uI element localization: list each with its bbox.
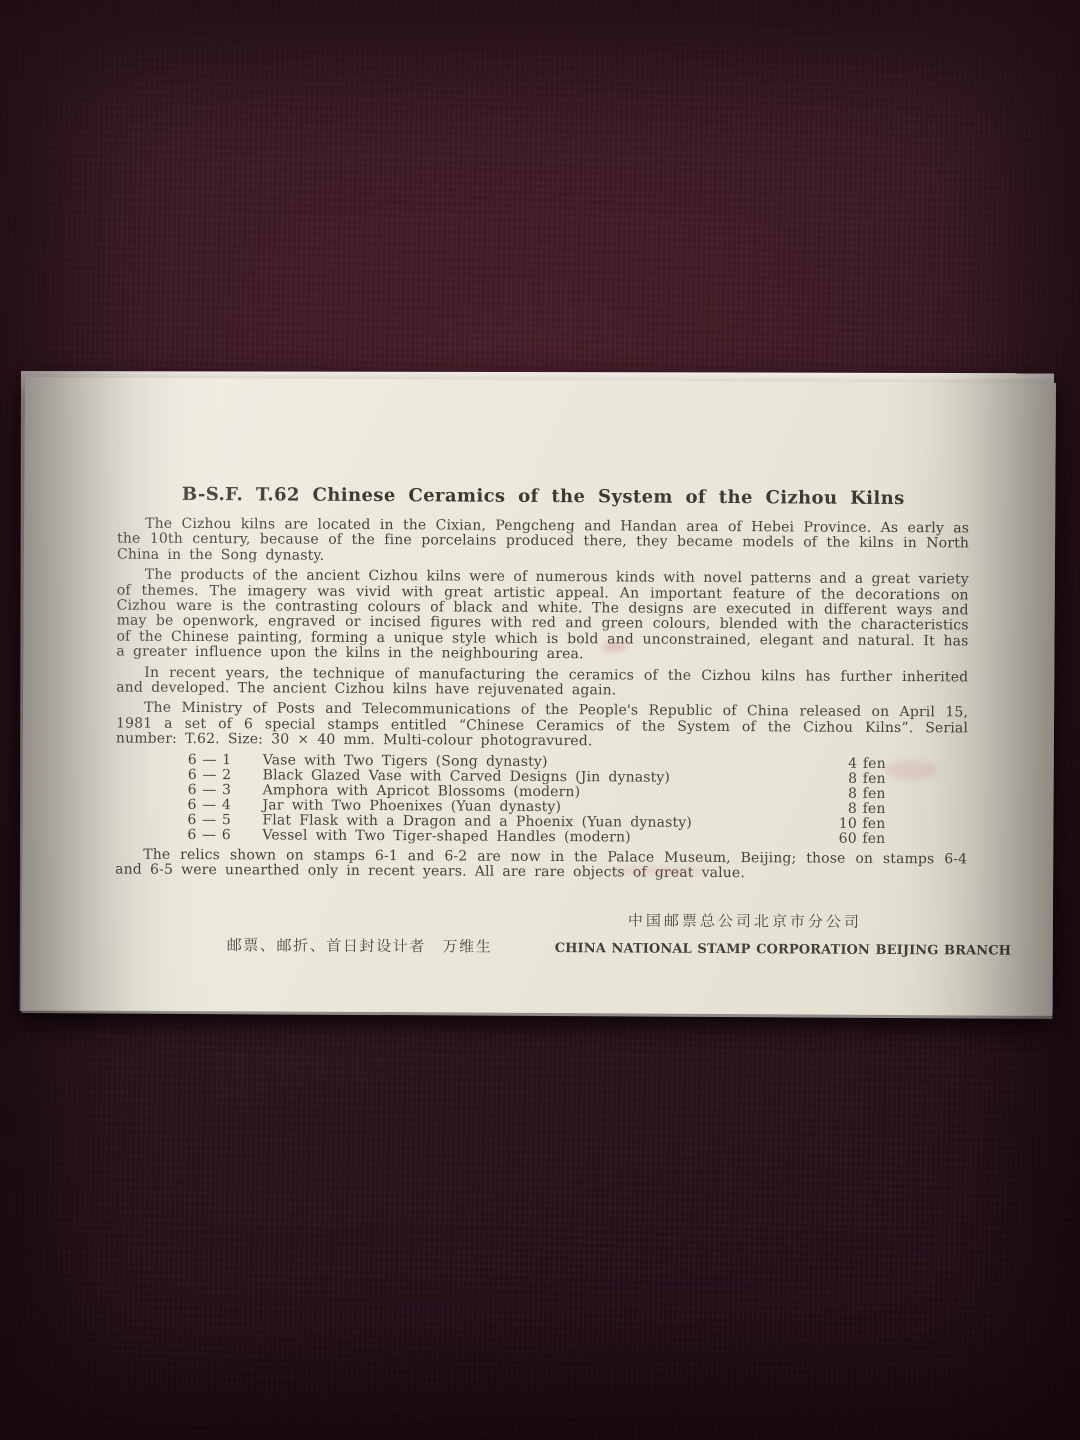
stamp-list: 6 — 1 Vase with Two Tigers (Song dynasty… bbox=[115, 752, 968, 847]
paragraph-recent-years: In recent years, the technique of manufa… bbox=[116, 665, 968, 701]
paragraph-relics: The relics shown on stamps 6-1 and 6-2 a… bbox=[115, 847, 967, 883]
stamp-row: 6 — 6 Vessel with Two Tiger-shaped Handl… bbox=[115, 827, 967, 847]
stamp-value: 60 fen bbox=[815, 831, 885, 846]
stamp-code: 6 — 4 bbox=[187, 798, 262, 813]
stamp-code: 6 — 2 bbox=[188, 768, 263, 783]
card-title: B-S.F. T.62 Chinese Ceramics of the Syst… bbox=[117, 484, 969, 510]
issuer-name-chinese: 中国邮票总公司北京市分公司 bbox=[555, 909, 935, 932]
issuer-block: 中国邮票总公司北京市分公司 CHINA NATIONAL STAMP CORPO… bbox=[555, 909, 935, 958]
stamp-value: 8 fen bbox=[816, 786, 886, 801]
stamp-value: 8 fen bbox=[816, 771, 886, 786]
paragraph-release-info: The Ministry of Posts and Telecommunicat… bbox=[116, 701, 968, 752]
stamp-code: 6 — 3 bbox=[188, 783, 263, 798]
issuer-name-english: CHINA NATIONAL STAMP CORPORATION BEIJING… bbox=[555, 941, 935, 958]
designer-credit: 邮票、邮折、首日封设计者 万维生 bbox=[227, 934, 493, 957]
stamp-value: 10 fen bbox=[815, 816, 885, 831]
photo-backdrop: B-S.F. T.62 Chinese Ceramics of the Syst… bbox=[0, 0, 1080, 1440]
card-footer: 邮票、邮折、首日封设计者 万维生 中国邮票总公司北京市分公司 CHINA NAT… bbox=[115, 906, 967, 981]
stamp-description: Vessel with Two Tiger-shaped Handles (mo… bbox=[262, 828, 815, 846]
stamp-value: 8 fen bbox=[815, 801, 885, 816]
stamp-info-card: B-S.F. T.62 Chinese Ceramics of the Syst… bbox=[21, 377, 1056, 1016]
stamp-code: 6 — 6 bbox=[187, 828, 262, 843]
stamp-code: 6 — 5 bbox=[187, 813, 262, 828]
paragraph-products: The products of the ancient Cizhou kilns… bbox=[116, 568, 969, 665]
stamp-value: 4 fen bbox=[816, 756, 886, 771]
stamp-code: 6 — 1 bbox=[188, 753, 263, 768]
paragraph-intro: The Cizhou kilns are located in the Cixi… bbox=[117, 517, 969, 568]
